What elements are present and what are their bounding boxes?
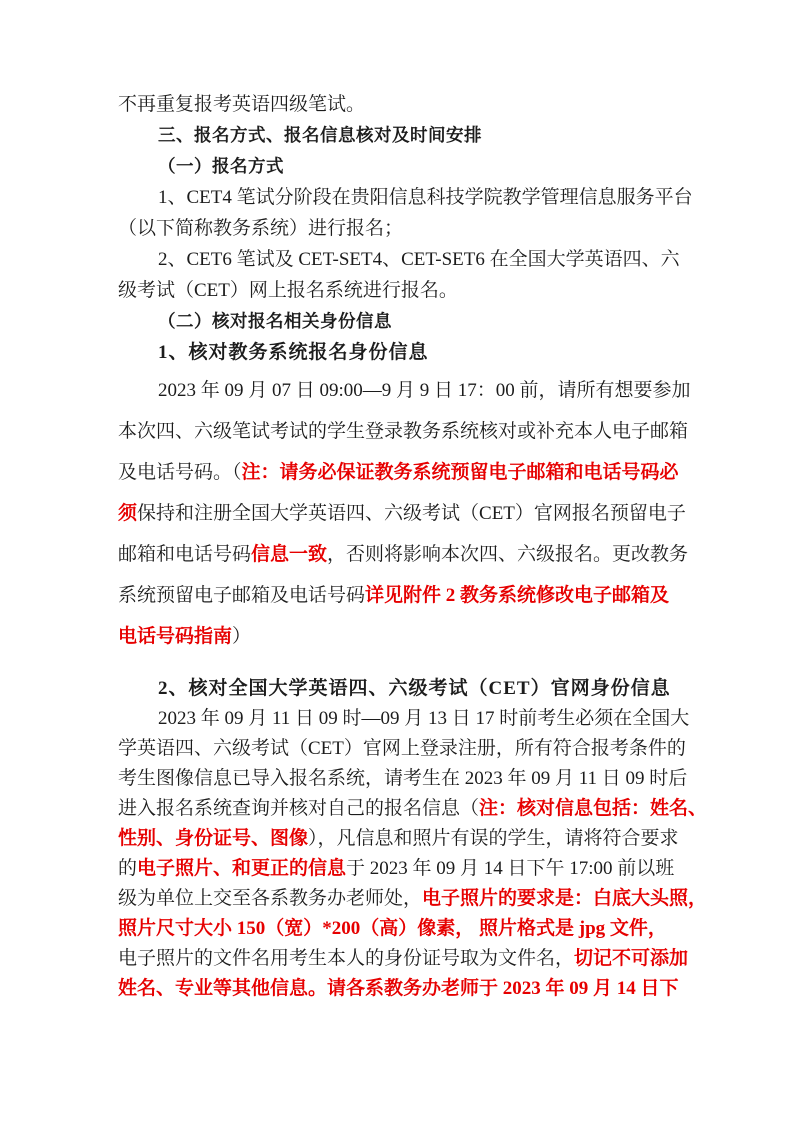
body-text: 于 2023 年 09 月 14 日下午 17:00 前以班 [346,858,674,879]
red-emphasis-text: 信息一致 [251,544,327,565]
red-emphasis-text: 注：请务必保证教务系统预留电子邮箱和电话号码必 [242,462,679,483]
body-text: 考生图像信息已导入报名系统，请考生在 2023 年 09 月 11 日 09 时… [118,768,687,789]
body-text: 2023 年 09 月 11 日 09 时—09 月 13 日 17 时前考生必… [158,708,689,729]
text-line: 及电话号码。（注：请务必保证教务系统预留电子邮箱和电话号码必 [118,452,678,493]
paragraph-jiaowu-system-check: 2023 年 09 月 07 日 09:00—9 月 9 日 17：00 前，请… [118,370,678,657]
body-text: 不再重复报考英语四级笔试。 [118,94,365,115]
body-text: 电子照片的文件名用考生本人的身份证号取为文件名， [118,948,574,969]
red-emphasis-text: 照片尺寸大小 150（宽）*200（高）像素， 照片格式是 jpg 文件， [118,918,667,939]
text-line: 级为单位上交至各系教务办老师处，电子照片的要求是：白底大头照， [118,884,678,914]
text-line: 1、CET4 笔试分阶段在贵阳信息科技学院教学管理信息服务平台 [118,182,678,213]
heading-text: 2、核对全国大学英语四、六级考试（CET）官网身份信息 [158,678,671,699]
text-line: 性别、身份证号、图像），凡信息和照片有误的学生，请将符合要求 [118,824,678,854]
document-body: 不再重复报考英语四级笔试。三、报名方式、报名信息核对及时间安排（一）报名方式1、… [118,89,678,1004]
red-emphasis-text: 注：核对信息包括：姓名、 [479,798,707,819]
red-emphasis-text: 姓名、专业等其他信息。请各系教务办老师于 2023 年 09 月 14 日下 [118,978,679,999]
body-text: 1、CET4 笔试分阶段在贵阳信息科技学院教学管理信息服务平台 [158,187,693,208]
document-page: 不再重复报考英语四级笔试。三、报名方式、报名信息核对及时间安排（一）报名方式1、… [0,0,793,1122]
body-text: 的 [118,858,137,879]
text-line: 学英语四、六级考试（CET）官网上登录注册，所有符合报考条件的 [118,734,678,764]
text-line: （二）核对报名相关身份信息 [118,306,678,337]
text-line: 电子照片的文件名用考生本人的身份证号取为文件名，切记不可添加 [118,944,678,974]
text-line: （一）报名方式 [118,151,678,182]
red-emphasis-text: 须 [118,503,137,524]
text-line: 三、报名方式、报名信息核对及时间安排 [118,120,678,151]
body-text: 进入报名系统查询并核对自己的报名信息（ [118,798,479,819]
text-line: （以下简称教务系统）进行报名； [118,213,678,244]
text-line: 电话号码指南） [118,616,678,657]
text-line: 2023 年 09 月 11 日 09 时—09 月 13 日 17 时前考生必… [118,704,678,734]
red-emphasis-text: 详见附件 2 教务系统修改电子邮箱及 [365,585,669,606]
body-text: 及电话号码。（ [118,462,242,483]
red-emphasis-text: 电子照片的要求是：白底大头照， [422,888,707,909]
heading-text: （二）核对报名相关身份信息 [158,311,392,331]
text-line: 本次四、六级笔试考试的学生登录教务系统核对或补充本人电子邮箱 [118,411,678,452]
text-line: 姓名、专业等其他信息。请各系教务办老师于 2023 年 09 月 14 日下 [118,974,678,1004]
body-text: 2023 年 09 月 07 日 09:00—9 月 9 日 17：00 前，请… [158,380,691,401]
red-emphasis-text: 性别、身份证号、图像 [118,828,308,849]
body-text: 本次四、六级笔试考试的学生登录教务系统核对或补充本人电子邮箱 [118,421,688,442]
section-registration-method: 不再重复报考英语四级笔试。三、报名方式、报名信息核对及时间安排（一）报名方式1、… [118,89,678,368]
text-line: 不再重复报考英语四级笔试。 [118,89,678,120]
text-line: 级考试（CET）网上报名系统进行报名。 [118,275,678,306]
red-emphasis-text: 切记不可添加 [574,948,688,969]
red-emphasis-text: 电子照片、和更正的信息 [137,858,346,879]
text-line: 的电子照片、和更正的信息于 2023 年 09 月 14 日下午 17:00 前… [118,854,678,884]
text-line: 2、核对全国大学英语四、六级考试（CET）官网身份信息 [118,673,678,704]
text-line: 照片尺寸大小 150（宽）*200（高）像素， 照片格式是 jpg 文件， [118,914,678,944]
body-text: ，否则将影响本次四、六级报名。更改教务 [327,544,688,565]
text-line: 系统预留电子邮箱及电话号码详见附件 2 教务系统修改电子邮箱及 [118,575,678,616]
body-text: ） [232,626,251,647]
heading-text: （一）报名方式 [158,156,284,176]
body-text: 邮箱和电话号码 [118,544,251,565]
body-text: ），凡信息和照片有误的学生，请将符合要求 [308,828,679,849]
red-emphasis-text: 电话号码指南 [118,626,232,647]
body-text: 级考试（CET）网上报名系统进行报名。 [118,280,458,301]
text-line: 须保持和注册全国大学英语四、六级考试（CET）官网报名预留电子 [118,493,678,534]
text-line: 1、核对教务系统报名身份信息 [118,337,678,368]
text-line: 2、CET6 笔试及 CET-SET4、CET-SET6 在全国大学英语四、六 [118,244,678,275]
body-text: 保持和注册全国大学英语四、六级考试（CET）官网报名预留电子 [137,503,686,524]
heading-cet-official-site-check: 2、核对全国大学英语四、六级考试（CET）官网身份信息 [118,673,678,704]
paragraph-cet-official-site-check: 2023 年 09 月 11 日 09 时—09 月 13 日 17 时前考生必… [118,704,678,1004]
body-text: 学英语四、六级考试（CET）官网上登录注册，所有符合报考条件的 [118,738,686,759]
heading-text: 三、报名方式、报名信息核对及时间安排 [158,125,482,145]
heading-text: 1、核对教务系统报名身份信息 [158,342,429,363]
text-line: 2023 年 09 月 07 日 09:00—9 月 9 日 17：00 前，请… [118,370,678,411]
body-text: 2、CET6 笔试及 CET-SET4、CET-SET6 在全国大学英语四、六 [158,249,680,270]
body-text: （以下简称教务系统）进行报名； [118,218,403,239]
text-line: 邮箱和电话号码信息一致，否则将影响本次四、六级报名。更改教务 [118,534,678,575]
body-text: 级为单位上交至各系教务办老师处， [118,888,422,909]
text-line: 考生图像信息已导入报名系统，请考生在 2023 年 09 月 11 日 09 时… [118,764,678,794]
text-line: 进入报名系统查询并核对自己的报名信息（注：核对信息包括：姓名、 [118,794,678,824]
body-text: 系统预留电子邮箱及电话号码 [118,585,365,606]
